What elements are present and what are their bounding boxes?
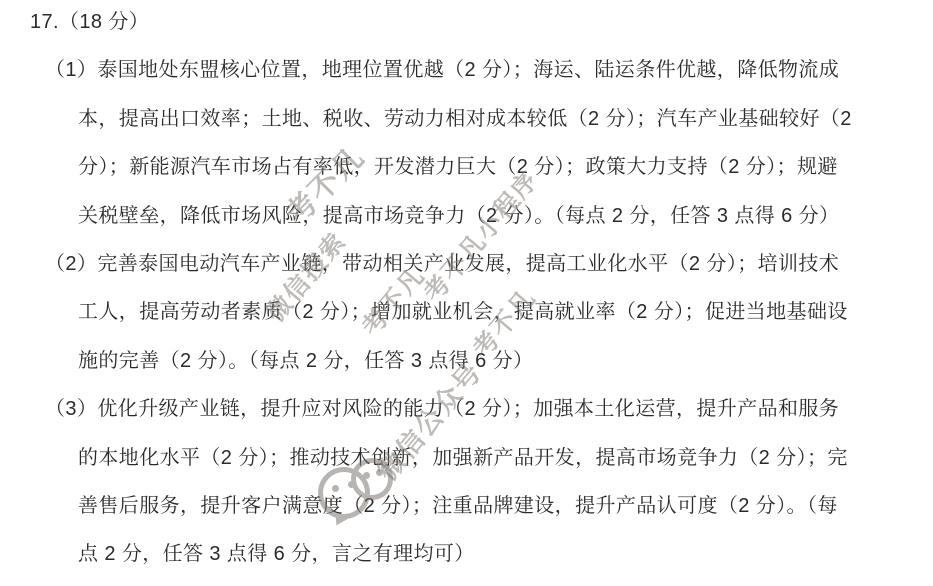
- answer-line: 本，提高出口效率；土地、税收、劳动力相对成本较低（2 分）；汽车产业基础较好（2: [78, 95, 907, 143]
- answer-line: 善售后服务，提升客户满意度（2 分）；注重品牌建设，提升产品认可度（2 分）。（…: [78, 482, 907, 530]
- answer-line: 的本地化水平（2 分）；推动技术创新，加强新产品开发，提高市场竞争力（2 分）；…: [78, 434, 907, 482]
- answer-line: 工人，提高劳动者素质（2 分）；增加就业机会，提高就业率（2 分）；促进当地基础…: [78, 288, 907, 336]
- answer-line: （1）泰国地处东盟核心位置，地理位置优越（2 分）；海运、陆运条件优越，降低物流…: [45, 46, 907, 94]
- answer-line: 分）；新能源汽车市场占有率低，开发潜力巨大（2 分）；政策大力支持（2 分）；规…: [78, 143, 907, 191]
- answer-line: 点 2 分，任答 3 点得 6 分，言之有理均可）: [78, 530, 907, 578]
- question-number-line: 17.（18 分）: [30, 0, 933, 46]
- answer-line: （3）优化升级产业链，提升应对风险的能力（2 分）；加强本土化运营，提升产品和服…: [45, 385, 907, 433]
- answer-document: 17.（18 分） （1）泰国地处东盟核心位置，地理位置优越（2 分）；海运、陆…: [0, 0, 933, 579]
- answer-line: 施的完善（2 分）。（每点 2 分，任答 3 点得 6 分）: [78, 337, 907, 385]
- answer-line: 关税壁垒，降低市场风险，提高市场竞争力（2 分）。（每点 2 分，任答 3 点得…: [78, 192, 907, 240]
- answer-sheet-page: 17.（18 分） （1）泰国地处东盟核心位置，地理位置优越（2 分）；海运、陆…: [0, 0, 933, 586]
- answer-line: （2）完善泰国电动汽车产业链，带动相关产业发展，提高工业化水平（2 分）；培训技…: [45, 240, 907, 288]
